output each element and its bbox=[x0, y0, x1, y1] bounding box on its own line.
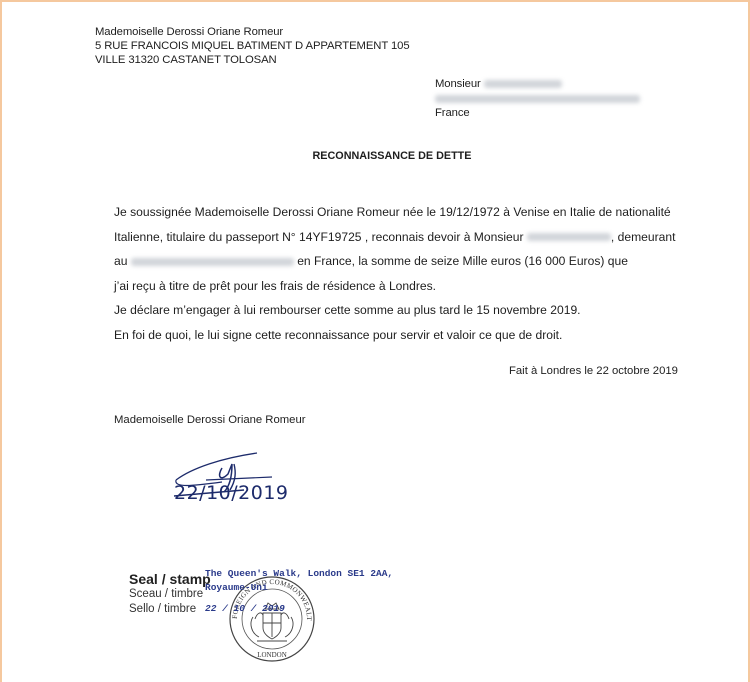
seal-label-es: Sello / timbre bbox=[129, 603, 196, 615]
creditor-address-redacted bbox=[131, 258, 294, 266]
seal-bottom-text: LONDON bbox=[257, 651, 287, 659]
stamp-address-line1: The Queen's Walk, London SE1 2AA, bbox=[205, 568, 393, 579]
stamp-address-line2: Royaume-Uni bbox=[205, 582, 268, 593]
recipient-salutation: Monsieur bbox=[435, 78, 481, 90]
seal-ring-text: FOREIGN AND COMMONWEALTH OFFICE bbox=[227, 573, 313, 621]
recipient-name-redacted bbox=[484, 80, 562, 88]
creditor-name-redacted bbox=[527, 233, 611, 241]
recipient-country: France bbox=[435, 108, 640, 123]
body-line-6: En foi de quoi, le lui signe cette recon… bbox=[114, 328, 675, 353]
place-and-date: Fait à Londres le 22 octobre 2019 bbox=[509, 365, 678, 377]
seal-label: Seal / stamp bbox=[129, 571, 211, 587]
body-line-4: j’ai reçu à titre de prêt pour les frais… bbox=[114, 279, 675, 304]
sender-address-line1: 5 RUE FRANCOIS MIQUEL BATIMENT D APPARTE… bbox=[95, 41, 410, 55]
signature-date: 22/10/2019 bbox=[174, 482, 289, 504]
seal-label-fr: Sceau / timbre bbox=[129, 588, 203, 600]
recipient-address-redacted bbox=[435, 95, 640, 103]
body-line-1: Je soussignée Mademoiselle Derossi Orian… bbox=[114, 205, 675, 230]
sender-block: Mademoiselle Derossi Oriane Romeur 5 RUE… bbox=[95, 27, 410, 69]
document-body: Je soussignée Mademoiselle Derossi Orian… bbox=[114, 205, 675, 352]
document-page: Mademoiselle Derossi Oriane Romeur 5 RUE… bbox=[0, 0, 750, 682]
body-line-2: Italienne, titulaire du passeport N° 14Y… bbox=[114, 230, 675, 255]
sender-address-line2: VILLE 31320 CASTANET TOLOSAN bbox=[95, 55, 410, 69]
document-title: RECONNAISSANCE DE DETTE bbox=[2, 150, 750, 162]
signatory-name: Mademoiselle Derossi Oriane Romeur bbox=[114, 414, 306, 426]
body-line-3: au en France, la somme de seize Mille eu… bbox=[114, 254, 675, 279]
recipient-block: Monsieur France bbox=[435, 79, 640, 123]
svg-text:FOREIGN AND COMMONWEALTH OFFIC: FOREIGN AND COMMONWEALTH OFFICE bbox=[227, 573, 313, 621]
stamp-date: 22 / 10 / 2019 bbox=[205, 603, 285, 614]
body-line-5: Je déclare m’engager à lui rembourser ce… bbox=[114, 303, 675, 328]
sender-name: Mademoiselle Derossi Oriane Romeur bbox=[95, 27, 410, 41]
